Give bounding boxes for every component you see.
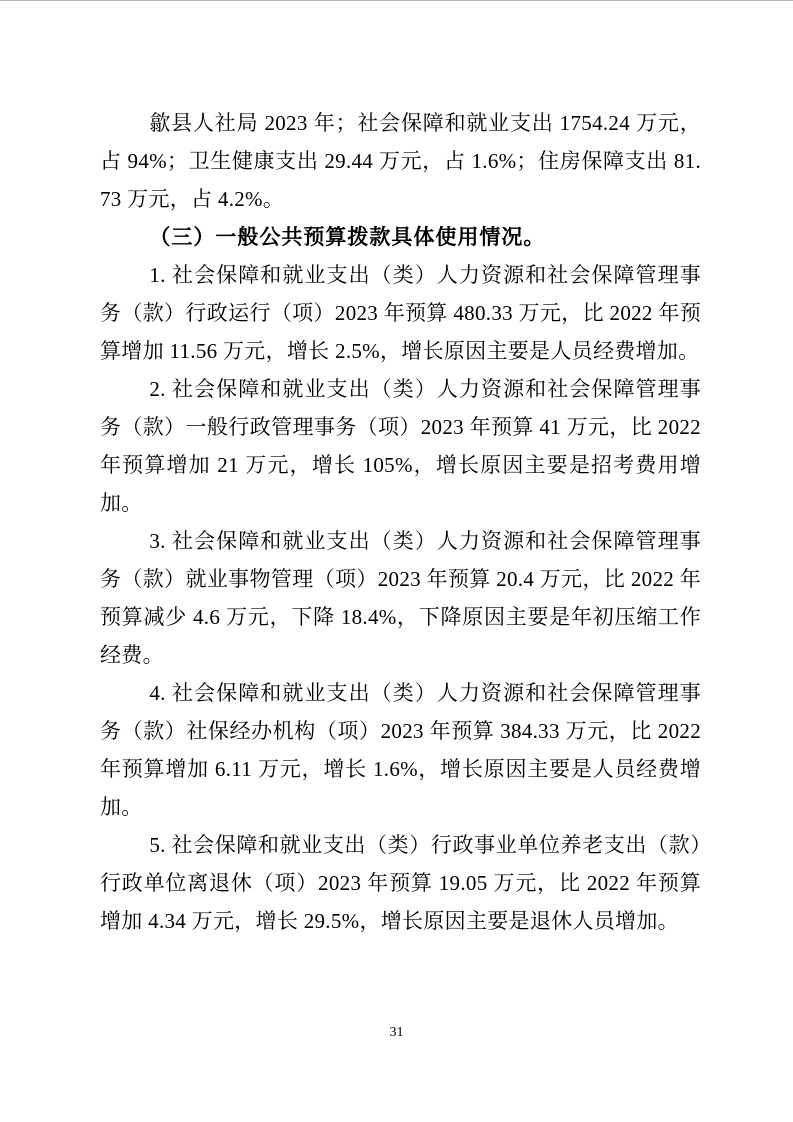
paragraph-item-1: 1. 社会保障和就业支出（类）人力资源和社会保障管理事务（款）行政运行（项）20… bbox=[100, 256, 701, 370]
section-heading: （三）一般公共预算拨款具体使用情况。 bbox=[100, 218, 701, 256]
paragraph-item-4: 4. 社会保障和就业支出（类）人力资源和社会保障管理事务（款）社保经办机构（项）… bbox=[100, 674, 701, 826]
page-number: 31 bbox=[0, 1024, 793, 1042]
paragraph-item-3: 3. 社会保障和就业支出（类）人力资源和社会保障管理事务（款）就业事物管理（项）… bbox=[100, 522, 701, 674]
document-page: 歙县人社局 2023 年；社会保障和就业支出 1754.24 万元，占 94%；… bbox=[0, 0, 793, 1122]
document-body: 歙县人社局 2023 年；社会保障和就业支出 1754.24 万元，占 94%；… bbox=[100, 104, 701, 940]
paragraph-item-2: 2. 社会保障和就业支出（类）人力资源和社会保障管理事务（款）一般行政管理事务（… bbox=[100, 370, 701, 522]
paragraph-overview: 歙县人社局 2023 年；社会保障和就业支出 1754.24 万元，占 94%；… bbox=[100, 104, 701, 218]
paragraph-item-5: 5. 社会保障和就业支出（类）行政事业单位养老支出（款）行政单位离退休（项）20… bbox=[100, 826, 701, 940]
